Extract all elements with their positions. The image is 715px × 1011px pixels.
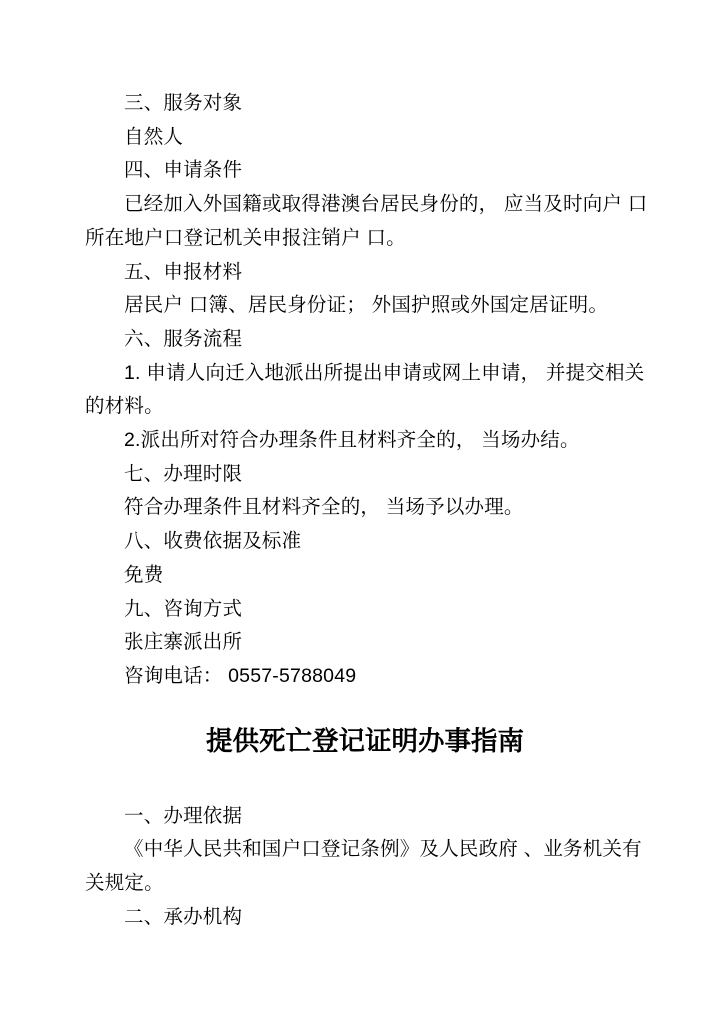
item5-body: 居民户 口簿、居民身份证； 外国护照或外国定居证明。: [85, 289, 645, 323]
item6-step2: 2.派出所对符合办理条件且材料齐全的， 当场办结。: [85, 424, 645, 458]
guide2-item1-body-1: 《中华人民共和国户口登记条例》及人民政府 、业务机关有: [85, 833, 645, 867]
item3-body: 自然人: [85, 121, 645, 155]
item3-heading: 三、服务对象: [85, 87, 645, 121]
document-content: 三、服务对象 自然人 四、申请条件 已经加入外国籍或取得港澳台居民身份的， 应当…: [85, 87, 645, 934]
item9-heading: 九、咨询方式: [85, 593, 645, 627]
item6-step1: 1. 申请人向迁入地派出所提出申请或网上申请， 并提交相关: [85, 357, 645, 391]
item7-body: 符合办理条件且材料齐全的， 当场予以办理。: [85, 491, 645, 525]
item8-body: 免费: [85, 559, 645, 593]
item4-heading: 四、申请条件: [85, 154, 645, 188]
item5-heading: 五、申报材料: [85, 256, 645, 290]
item4-body-2: 所在地户口登记机关申报注销户 口。: [85, 222, 645, 256]
guide2-title: 提供死亡登记证明办事指南: [85, 720, 645, 762]
item8-heading: 八、收费依据及标准: [85, 525, 645, 559]
item9-office: 张庄寨派出所: [85, 626, 645, 660]
document-page: 三、服务对象 自然人 四、申请条件 已经加入外国籍或取得港澳台居民身份的， 应当…: [0, 0, 715, 1011]
guide2-item1-heading: 一、办理依据: [85, 800, 645, 834]
guide2-item1-body-2: 关规定。: [85, 867, 645, 901]
guide2-item2-heading: 二、承办机构: [85, 901, 645, 935]
item9-phone: 咨询电话： 0557-5788049: [85, 660, 645, 694]
item7-heading: 七、办理时限: [85, 458, 645, 492]
item4-body-1: 已经加入外国籍或取得港澳台居民身份的， 应当及时向户 口: [85, 188, 645, 222]
item6-step1-cont: 的材料。: [85, 390, 645, 424]
item6-heading: 六、服务流程: [85, 323, 645, 357]
